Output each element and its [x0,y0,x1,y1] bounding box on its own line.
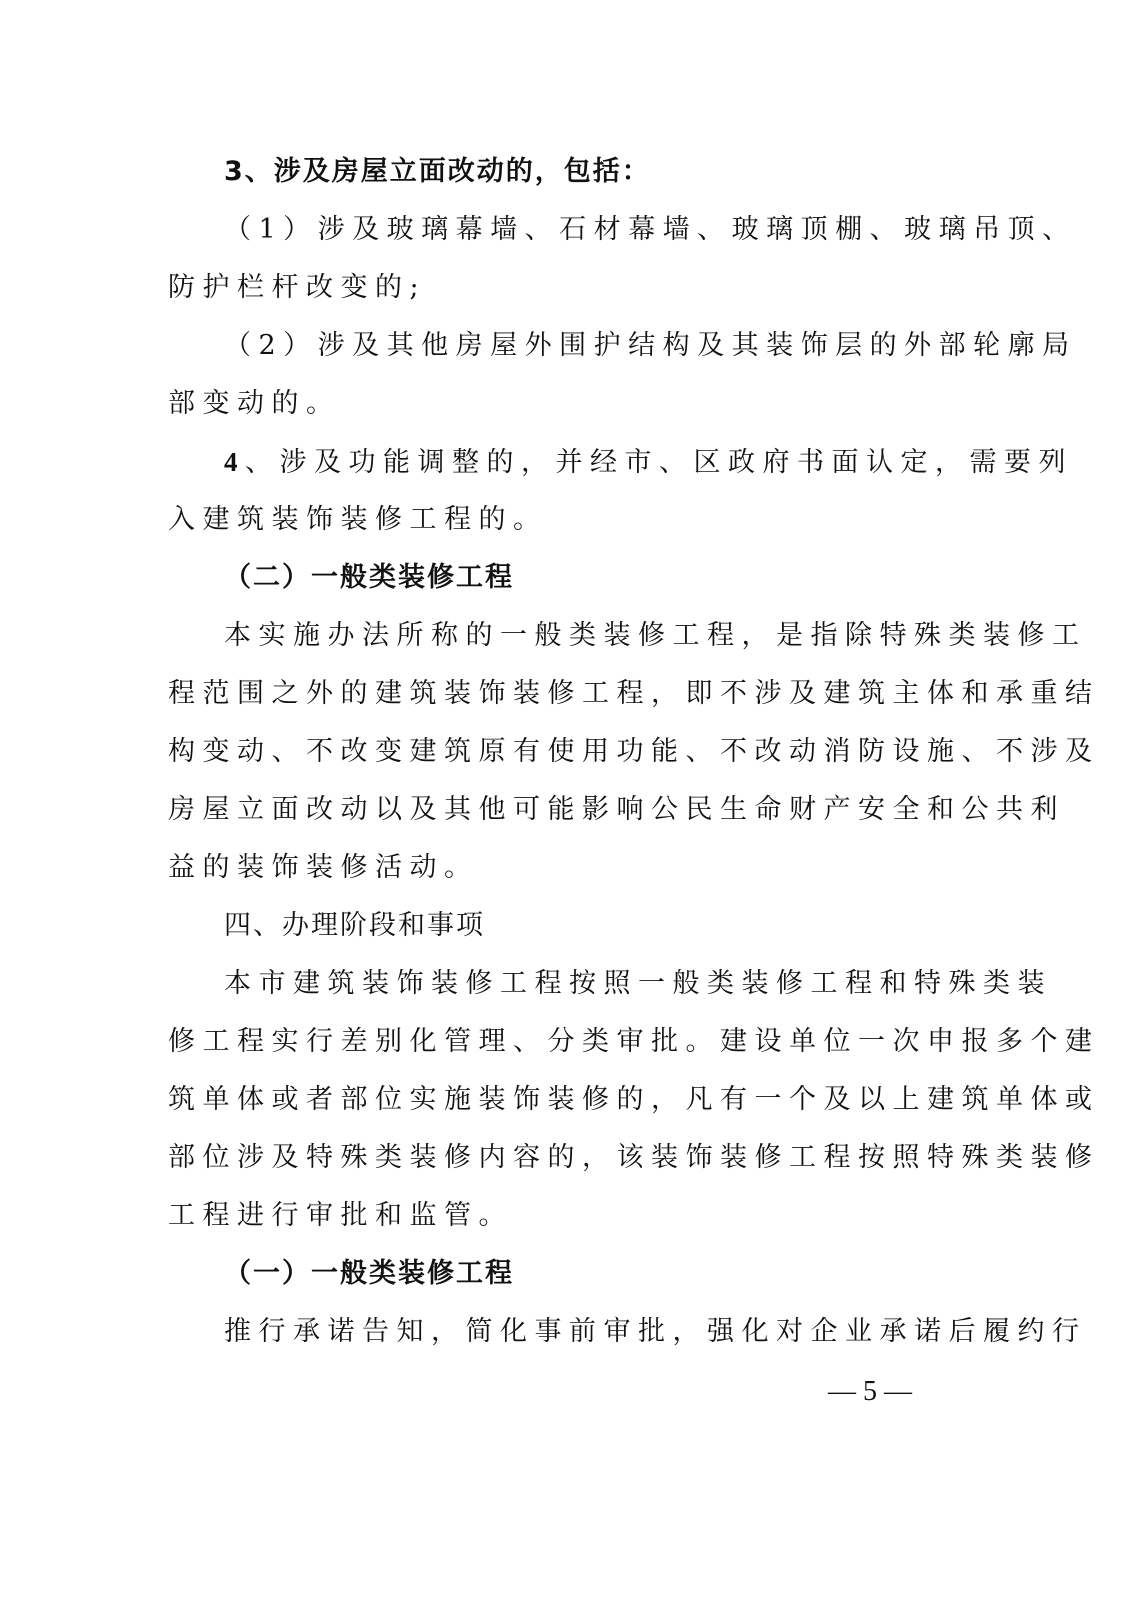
paragraph-line: 防护栏杆改变的; [168,268,940,308]
section-heading: 3、涉及房屋立面改动的，包括： [224,152,940,192]
paragraph-line: 部位涉及特殊类装修内容的，该装饰装修工程按照特殊类装修 [168,1138,940,1178]
section-heading: 四、办理阶段和事项 [224,906,940,946]
paragraph-line: （2）涉及其他房屋外围护结构及其装饰层的外部轮廓局 [224,326,940,366]
page-number: — 5 — [820,1372,920,1412]
paragraph-line: 推行承诺告知，简化事前审批，强化对企业承诺后履约行 [224,1312,940,1352]
paragraph-line: （1）涉及玻璃幕墙、石材幕墙、玻璃顶棚、玻璃吊顶、 [224,210,940,250]
paragraph-line: 益的装饰装修活动。 [168,848,940,888]
paragraph-line: 修工程实行差别化管理、分类审批。建设单位一次申报多个建 [168,1022,940,1062]
line-text: 、涉及功能调整的，并经市、区政府书面认定，需要列 [245,447,1073,478]
paragraph-line: 4、涉及功能调整的，并经市、区政府书面认定，需要列 [224,442,940,482]
paragraph-line: 构变动、不改变建筑原有使用功能、不改动消防设施、不涉及 [168,732,940,772]
paragraph-line: 房屋立面改动以及其他可能影响公民生命财产安全和公共利 [168,790,940,830]
document-page: 3、涉及房屋立面改动的，包括：（1）涉及玻璃幕墙、石材幕墙、玻璃顶棚、玻璃吊顶、… [0,0,1131,1600]
paragraph-line: 本市建筑装饰装修工程按照一般类装修工程和特殊类装 [224,964,940,1004]
paragraph-line: 本实施办法所称的一般类装修工程，是指除特殊类装修工 [224,616,940,656]
item-number: 4 [224,447,245,477]
paragraph-line: 部变动的。 [168,384,940,424]
paragraph-line: 入建筑装饰装修工程的。 [168,500,940,540]
paragraph-line: 工程进行审批和监管。 [168,1196,940,1236]
paragraph-line: 程范围之外的建筑装饰装修工程，即不涉及建筑主体和承重结 [168,674,940,714]
section-heading: （一）一般类装修工程 [224,1254,940,1294]
section-heading: （二）一般类装修工程 [224,558,940,598]
paragraph-line: 筑单体或者部位实施装饰装修的，凡有一个及以上建筑单体或 [168,1080,940,1120]
